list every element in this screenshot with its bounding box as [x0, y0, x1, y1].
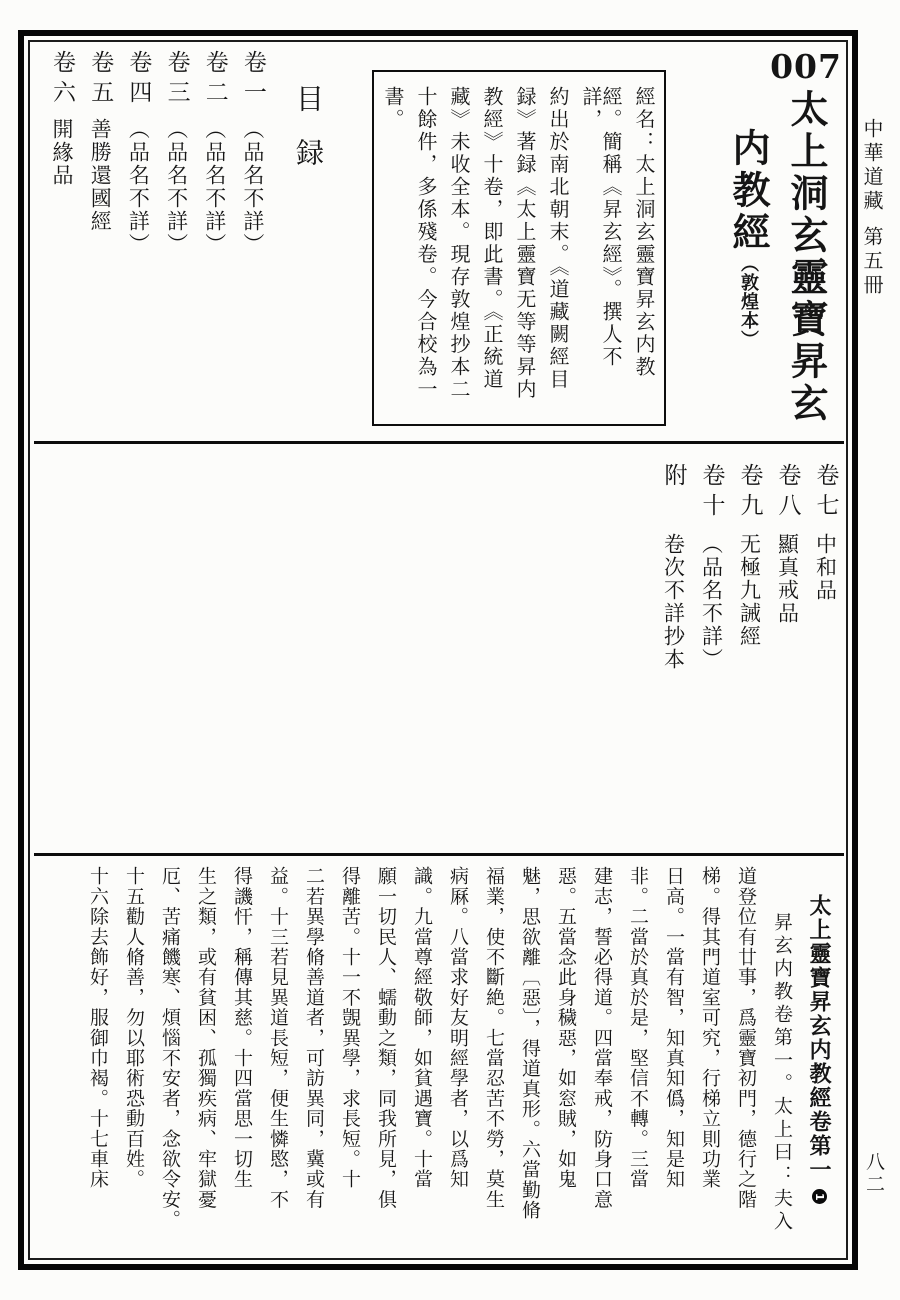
- sutra-body: 太上靈寶昇玄内教經卷第一1 昇玄内教卷第一。太上曰：夫入 道登位有廿事，爲靈寶初…: [40, 866, 830, 1256]
- abstract-line: 約出於南北朝末。《道藏闕經目: [548, 86, 568, 410]
- series-title: 中華道藏: [862, 118, 882, 214]
- toc-volume: 卷一: [241, 50, 264, 118]
- body-column: 十五勸人脩善，勿以耶術恐動百姓。: [124, 866, 143, 1256]
- toc-title: （品名不詳）: [204, 118, 225, 256]
- body-column: 道登位有廿事，爲靈寶初門，德行之階: [736, 866, 755, 1256]
- abstract-line: 教經》十卷，即此書。《正統道: [482, 86, 502, 410]
- toc-title: 卷次不詳抄本: [663, 533, 684, 671]
- abstract-line: 經名：太上洞玄靈寶昇玄内教: [634, 86, 654, 410]
- toc-entry: 卷三 （品名不詳）: [164, 50, 187, 256]
- series-volume: 第五冊: [862, 226, 882, 298]
- toc-title: 顯真戒品: [777, 533, 798, 625]
- toc-volume: 卷二: [203, 50, 226, 118]
- body-column: 十六除去飾好，服御巾褐。十七車床: [88, 866, 107, 1256]
- toc-volume: 卷九: [738, 463, 761, 533]
- toc-title: （品名不詳）: [701, 533, 722, 671]
- body-column: 願一切民人、蠕動之類，同我所見，俱: [376, 866, 395, 1256]
- toc-title: （品名不詳）: [166, 118, 187, 256]
- footnote-marker-icon: 1: [812, 1189, 827, 1204]
- toc-volume: 卷四: [126, 50, 149, 118]
- body-column: 昇玄内教卷第一。太上曰：夫入: [772, 912, 791, 1256]
- toc-title: （品名不詳）: [127, 118, 148, 256]
- toc-volume: 卷六: [50, 50, 73, 118]
- body-column: 二若異學脩善道者，可訪異同，冀或有: [304, 866, 323, 1256]
- chapter-title-column: 太上靈寶昇玄内教經卷第一1: [808, 894, 830, 1256]
- toc-entry: 卷五 善勝還國經: [88, 50, 111, 256]
- title-column-1: 007 太上洞玄靈寶昇玄: [777, 50, 835, 425]
- title-sub-text: 内教經: [726, 128, 771, 254]
- toc-volume: 卷八: [776, 463, 799, 533]
- toc-entry: 卷八 顯真戒品: [774, 463, 800, 671]
- abstract-line: 書。: [383, 86, 403, 410]
- body-column: 建志，誓必得道。四當奉戒，防身口意: [592, 866, 611, 1256]
- scanned-book-page: { "edge": { "series": "中華道藏", "volume": …: [0, 0, 900, 1300]
- toc-title: （品名不詳）: [242, 118, 263, 256]
- toc-title: 善勝還國經: [89, 118, 110, 233]
- horizontal-rule-1: [34, 441, 844, 444]
- toc-entry: 卷九 无極九誡經: [736, 463, 762, 671]
- toc-part2: 卷七 中和品 卷八 顯真戒品 卷九 无極九誡經 卷十 （品名不詳） 附 卷次不詳…: [660, 463, 838, 671]
- title-column-2: 内教經（敦煌本）: [729, 128, 767, 425]
- body-column: 惡。五當念此身穢惡，如窓賊，如鬼: [556, 866, 575, 1256]
- toc-volume: 附: [662, 463, 685, 533]
- edge-series-label: 中華道藏 第五冊: [862, 118, 882, 298]
- abstract-box: 經名：太上洞玄靈寶昇玄内教 經。簡稱《昇玄經》。撰人不詳， 約出於南北朝末。《道…: [372, 70, 666, 426]
- abstract-line: 録》著録《太上靈寶无等等昇内: [515, 86, 535, 410]
- toc-title: 開緣品: [51, 118, 72, 187]
- body-column: 日高。一當有智，知真知僞，知是知: [664, 866, 683, 1256]
- toc-entry: 卷一 （品名不詳）: [241, 50, 264, 256]
- horizontal-rule-2: [34, 853, 844, 856]
- body-column: 得譏忓，稱傳其慈。十四當思一切生: [232, 866, 251, 1256]
- body-column: 福業，使不斷絶。七當忍苦不勞，莫生: [484, 866, 503, 1256]
- catalog-number: 007: [770, 50, 842, 83]
- toc-title: 中和品: [815, 533, 836, 602]
- toc-part1: 卷一 （品名不詳） 卷二 （品名不詳） 卷三 （品名不詳） 卷四 （品名不詳） …: [50, 50, 264, 256]
- body-column: 厄、苦痛饑寒、煩惱不安者，念欲令安。: [160, 866, 179, 1256]
- toc-volume: 卷五: [88, 50, 111, 118]
- body-column: 益。十三若見異道長短，便生憐愍，不: [268, 866, 287, 1256]
- toc-volume: 卷七: [814, 463, 837, 533]
- abstract-line: 藏》未收全本。現存敦煌抄本二: [449, 86, 469, 410]
- abstract-line: 經。簡稱《昇玄經》。撰人不詳，: [581, 86, 621, 410]
- toc-entry: 卷六 開緣品: [50, 50, 73, 256]
- scripture-title-block: 007 太上洞玄靈寶昇玄 内教經（敦煌本）: [703, 50, 835, 425]
- toc-entry: 卷四 （品名不詳）: [126, 50, 149, 256]
- toc-entry: 附 卷次不詳抄本: [660, 463, 686, 671]
- chapter-title: 太上靈寶昇玄内教經卷第一: [806, 894, 832, 1182]
- body-column: 病厤。八當求好友明經學者，以爲知: [448, 866, 467, 1256]
- title-main-text: 太上洞玄靈寶昇玄: [787, 89, 825, 425]
- toc-title: 无極九誡經: [739, 533, 760, 648]
- body-column: 得離苦。十一不覬異學，求長短。十: [340, 866, 359, 1256]
- toc-entry: 卷七 中和品: [812, 463, 838, 671]
- abstract-line: 十餘件，多係殘卷。今合校為一: [416, 86, 436, 410]
- title-edition-note: （敦煌本）: [738, 254, 759, 349]
- toc-heading: 目録: [294, 84, 322, 192]
- toc-volume: 卷三: [165, 50, 188, 118]
- body-column: 非。二當於真於是，堅信不轉。三當: [628, 866, 647, 1256]
- body-column: 魅，思欲離〔惡〕，得道真形。六當勤脩: [520, 866, 539, 1256]
- body-column: 生之類，或有貧困、孤獨疾病、牢獄憂: [196, 866, 215, 1256]
- toc-entry: 卷二 （品名不詳）: [203, 50, 226, 256]
- body-column: 梯。得其門道室可究，行梯立則功業: [700, 866, 719, 1256]
- toc-entry: 卷十 （品名不詳）: [698, 463, 724, 671]
- edge-page-number: 八二: [864, 1152, 883, 1196]
- toc-volume: 卷十: [700, 463, 723, 533]
- body-column: 識。九當尊經敬師，如貧遇寶。十當: [412, 866, 431, 1256]
